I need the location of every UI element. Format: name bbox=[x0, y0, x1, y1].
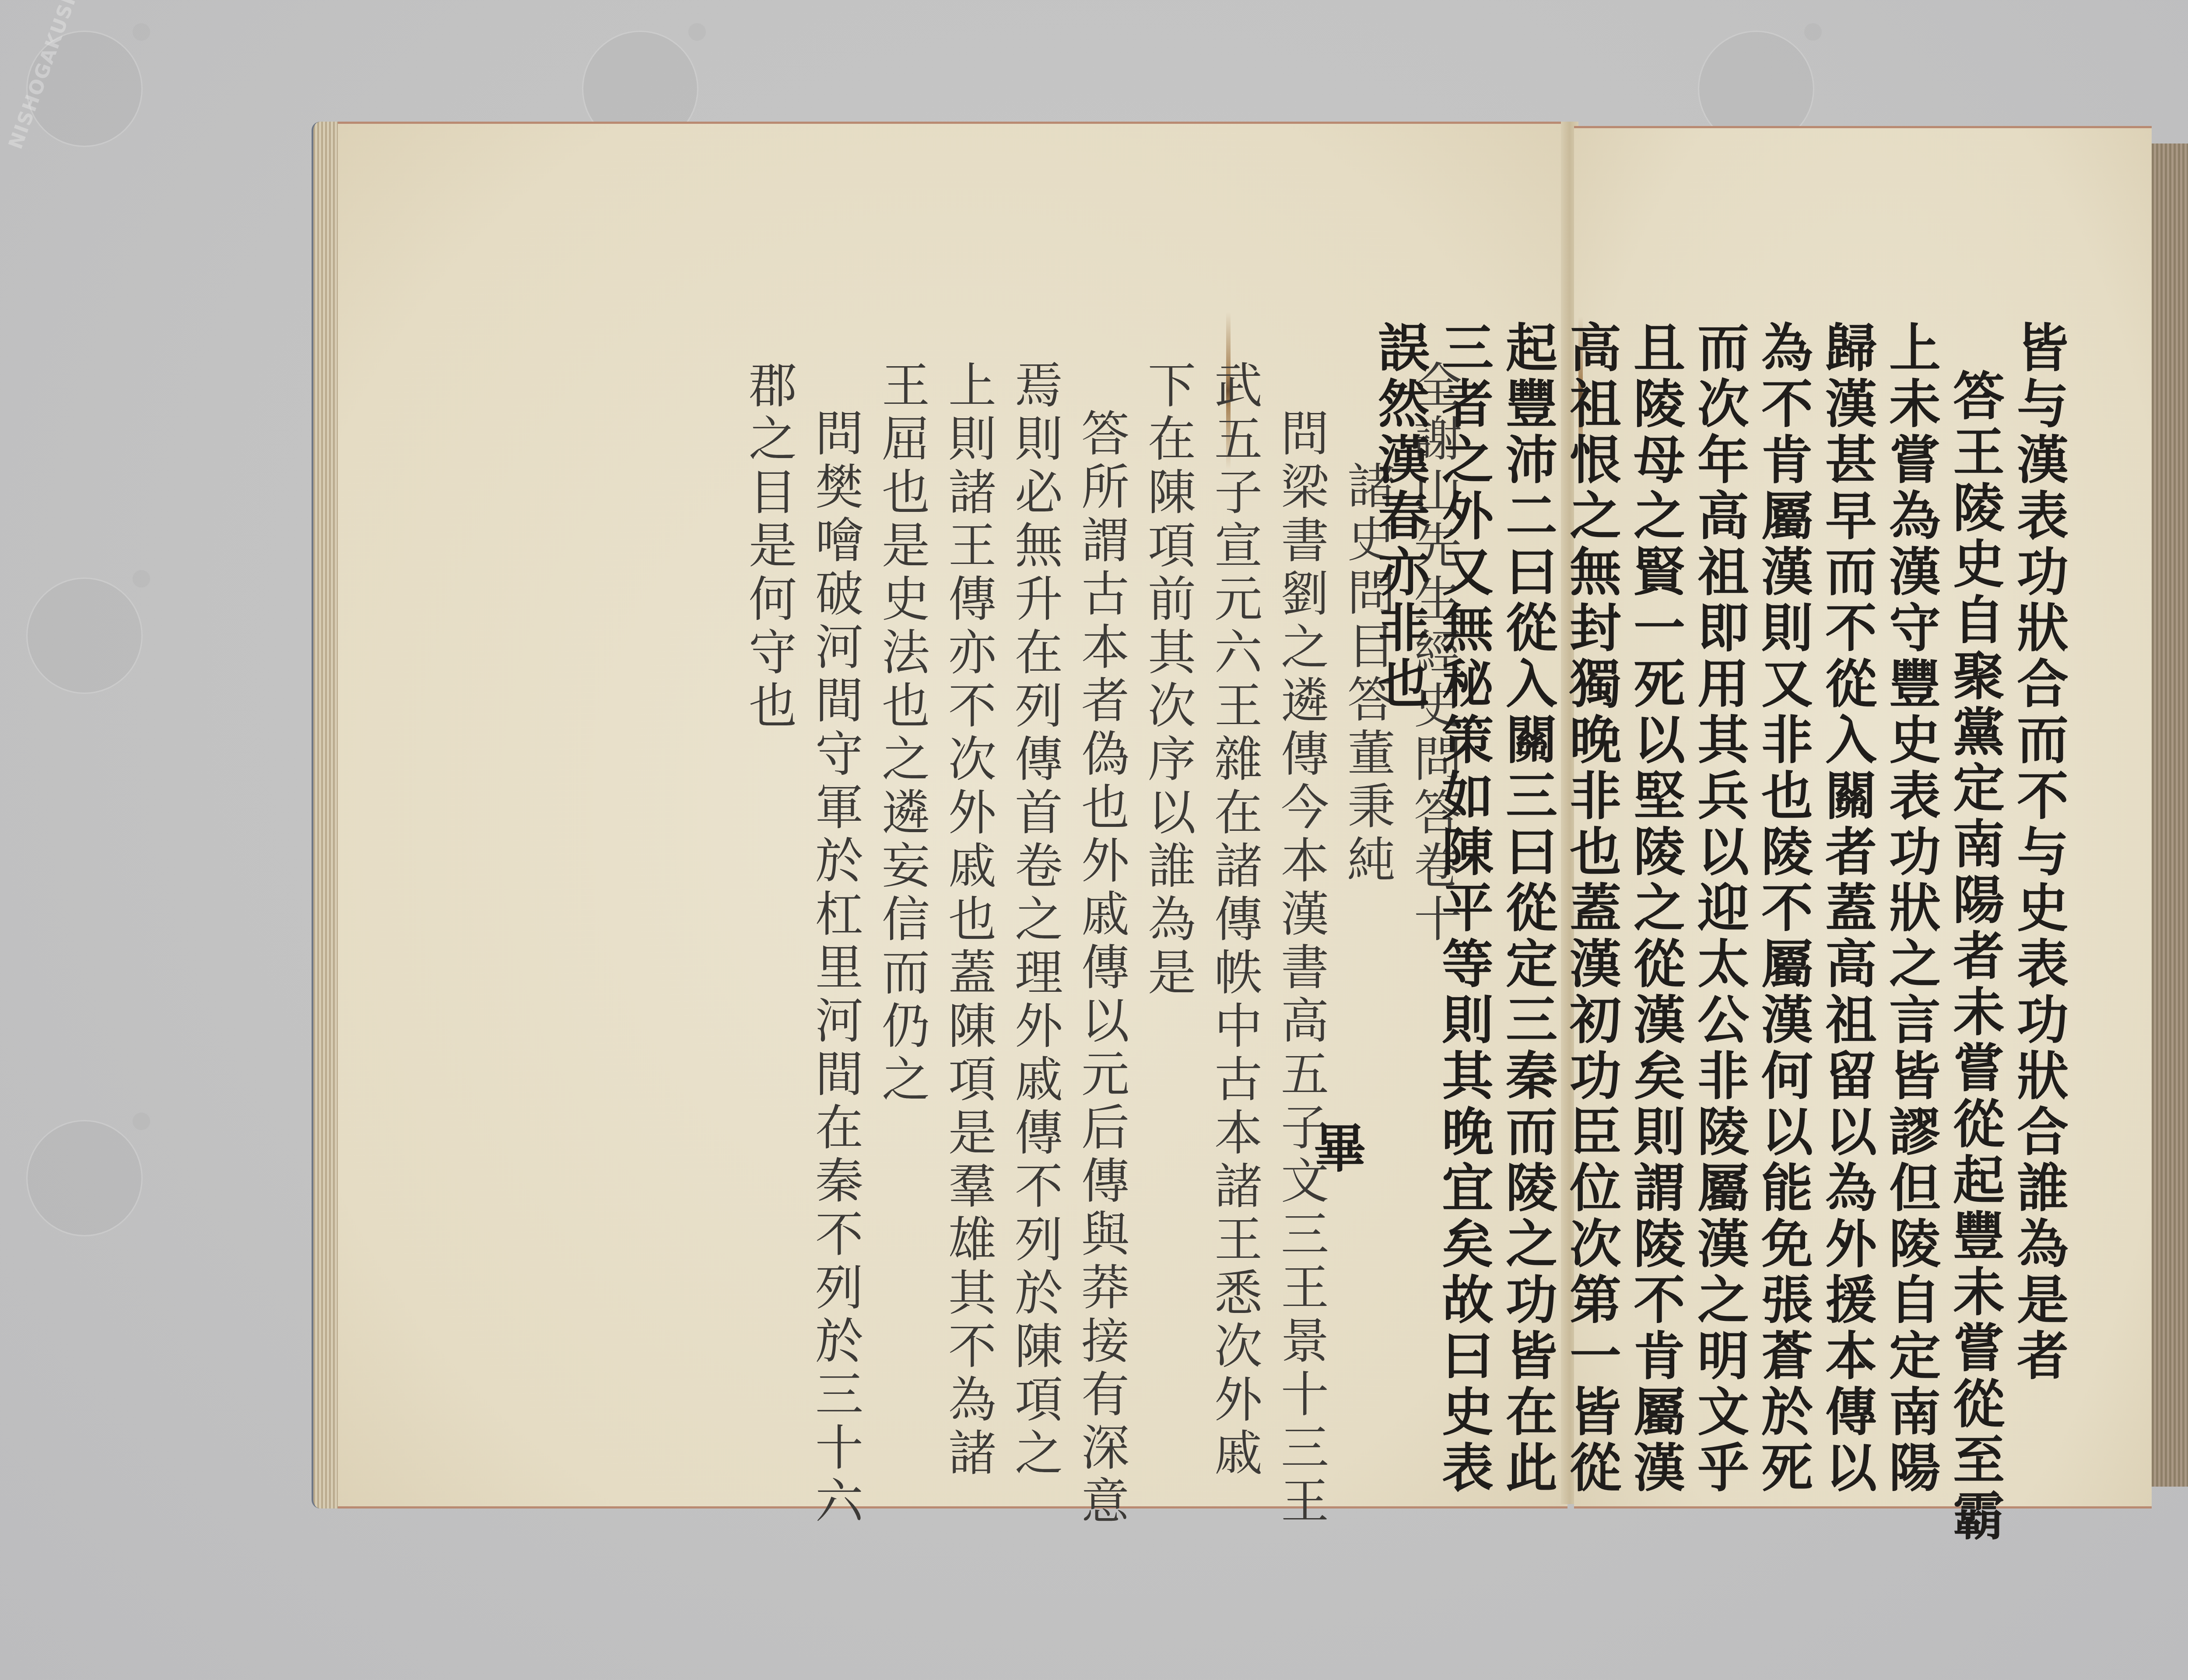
column-answer: 答所謂古本者偽也外戚傳以元后傳與莽接有深意 bbox=[1077, 360, 1126, 1454]
column-text: 歸漢甚早而不從入關者蓋高祖留以為外援本傳以 bbox=[1821, 321, 1872, 1502]
column-text: 皆与漢表功狀合而不与史表功狀合誰為是者 bbox=[2013, 321, 2064, 1502]
right-page: 皆与漢表功狀合而不与史表功狀合誰為是者 答王陵史自聚黨定南陽者未嘗從起豐未嘗從至… bbox=[1574, 126, 2152, 1508]
column-text: 起豐沛二曰從入關三曰從定三秦而陵之功皆在此 bbox=[1501, 321, 1553, 1502]
column-text: 下在陳項前其次序以誰為是 bbox=[1144, 360, 1192, 1454]
column-text: 郡之目是何守也 bbox=[745, 360, 793, 1454]
column-text: 高祖恨之無封獨晚非也蓋漢初功臣位次第一皆從 bbox=[1565, 321, 1617, 1502]
column-text: 而次年高祖即用其兵以迎太公非陵屬漢之明文乎 bbox=[1693, 321, 1745, 1502]
column-text: 焉則必無升在列傳首卷之理外戚傳不列於陳項之 bbox=[1011, 360, 1059, 1454]
column-text: 為不肯屬漢則又非也陵不屬漢何以能免張蒼於死 bbox=[1757, 321, 1809, 1502]
watermark-logo-icon bbox=[26, 577, 143, 694]
column-text: 三者之外又無秘策如陳平等則其晚宜矣故曰史表 bbox=[1438, 321, 1489, 1502]
right-page-edges bbox=[2152, 143, 2188, 1487]
column-text: 上未嘗為漢守豐史表功狀之言皆謬但陵自定南陽 bbox=[1885, 321, 1936, 1502]
column-text: 上則諸王傳亦不次外戚也蓋陳項是羣雄其不為諸 bbox=[944, 360, 992, 1454]
column-text: 王屈也是史法也之遴妄信而仍之 bbox=[878, 360, 926, 1454]
open-book: 全謝山先生經史問答卷十 諸史問目答董秉純 問梁書劉之遴傳今本漢書高五子文三王景十… bbox=[312, 108, 2188, 1517]
column-answer: 答王陵史自聚黨定南陽者未嘗從起豐未嘗從至霸 bbox=[1949, 321, 2000, 1502]
column-question: 問樊噲破河間守軍於杠里河間在秦不列於三十六 bbox=[811, 360, 859, 1454]
right-page-text: 皆与漢表功狀合而不与史表功狀合誰為是者 答王陵史自聚黨定南陽者未嘗從起豐未嘗從至… bbox=[1297, 321, 2064, 1502]
watermark-logo-icon bbox=[26, 1120, 143, 1236]
column-text: 武五子宣元六王雜在諸傳帙中古本諸王悉次外戚 bbox=[1210, 360, 1259, 1454]
column-text: 誤然漢春亦非也 bbox=[1374, 321, 1425, 1502]
column-text: 且陵母之賢一死以堅陵之從漢矣則謂陵不肯屬漢 bbox=[1629, 321, 1681, 1502]
end-mark: 畢 bbox=[1310, 321, 1361, 1502]
